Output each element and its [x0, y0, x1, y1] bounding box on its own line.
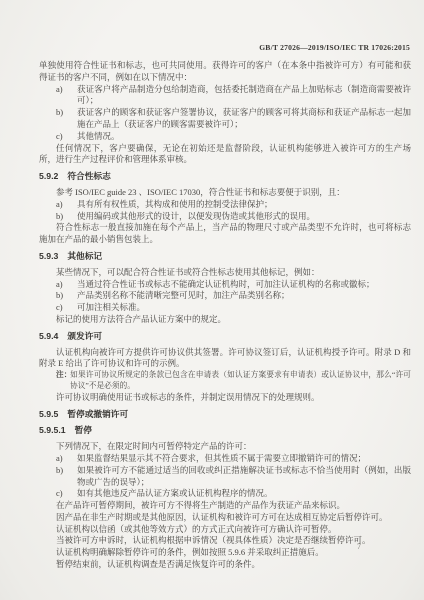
list-text: 具有所有权性质，其构成和使用的控制受法律保护；: [77, 199, 273, 209]
paragraph: 符合性标志一般直接加施在每个产品上，当产品的物理尺寸或产品类型不允许时，也可将标…: [39, 222, 411, 246]
list-item: b)产品类别名称不能清晰完整可见时，加注产品类别名称；: [56, 290, 411, 302]
list-text: 如有其他违反产品认证方案或认证机构程序的情况。: [77, 488, 273, 498]
list-text: 其他情况。: [77, 131, 120, 141]
list-item: a)如果监督结果显示其不符合要求，但其性质不属于需要立即撤销许可的情况；: [56, 453, 411, 465]
section-number: 5.9.5: [39, 409, 58, 419]
list-item: b)获证客户的顾客和获证客户签署协议，获证客户的顾客可将其商标和获证产品标志一起…: [56, 107, 411, 131]
list-text: 如果被许可方不能通过适当的回收或纠正措施解决证书或标志不恰当使用时（例如，出版物…: [77, 465, 411, 487]
list-marker: a): [56, 279, 77, 291]
section-number: 5.9.2: [39, 171, 58, 181]
paragraph: 暂停结束前，认证机构调查是否满足恢复许可的条件。: [39, 559, 411, 571]
paragraph: 当被许可方申诉时，认证机构根据申诉情况（视具体性质）决定是否继续暂停许可。: [39, 535, 411, 547]
note: 注：如果许可协议所规定的条款已包含在申请表（如认证方案要求有申请表）或认证协议中…: [56, 370, 411, 392]
section-heading-5-9-5: 5.9.5暂停或撤销许可: [39, 409, 411, 421]
list-text: 产品类别名称不能清晰完整可见时，加注产品类别名称；: [77, 290, 290, 300]
list-marker: b): [56, 465, 77, 477]
list-item: c)可加注相关标准。: [56, 302, 411, 314]
section-heading-5-9-2: 5.9.2符合性标志: [39, 171, 411, 183]
page-number: 7: [357, 542, 361, 551]
section-number: 5.9.5.1: [39, 425, 66, 435]
list-item: a)当通过符合性证书或标志不能确定认证机构时，可加注认证机构的名称或徽标；: [56, 279, 411, 291]
list-item: c)其他情况。: [56, 131, 411, 143]
section-title: 颁发许可: [67, 331, 102, 341]
list-item: a)获证客户将产品制造分包给制造商，包括委托制造商在产品上加贴标志（制造商需要被…: [56, 84, 411, 108]
section-heading-5-9-3: 5.9.3其他标记: [39, 251, 411, 263]
paragraph: 在产品许可暂停期间，被许可方不得将生产制造的产品作为获证产品来标识。: [39, 500, 411, 512]
paragraph: 认证机构以信函（或其他等效方式）的方式正式向被许可方确认许可暂停。: [39, 524, 411, 536]
section-title: 暂停或撤销许可: [67, 409, 128, 419]
document-page: GB/T 27026—2019/ISO/IEC TR 17026:2015 单独…: [0, 0, 424, 600]
list-item: b)使用编码或其他形式的设计，以便发现伪造或其他形式的误用。: [56, 211, 411, 223]
section-number: 5.9.3: [39, 251, 58, 261]
note-label: 注：: [56, 370, 70, 381]
paragraph: 许可协议明确使用证书或标志的条件，并制定误用情况下的处理规则。: [39, 392, 411, 404]
paragraph: 参考 ISO/IEC guide 23 、ISO/IEC 17030，符合性证书…: [39, 187, 411, 199]
list-marker: c): [56, 302, 77, 314]
list-marker: c): [56, 488, 77, 500]
list-marker: b): [56, 211, 77, 223]
list-item: a)具有所有权性质，其构成和使用的控制受法律保护；: [56, 199, 411, 211]
document-body: 单独使用符合性证书和标志，也可共同使用。获得许可的客户（在本条中指被许可方）有可…: [39, 60, 411, 571]
list-text: 获证客户的顾客和获证客户签署协议，获证客户的顾客可将其商标和获证产品标志一起加施…: [77, 107, 411, 129]
list-marker: b): [56, 290, 77, 302]
list-text: 如果监督结果显示其不符合要求，但其性质不属于需要立即撤销许可的情况；: [77, 453, 366, 463]
standard-number-header: GB/T 27026—2019/ISO/IEC TR 17026:2015: [259, 43, 410, 52]
list-marker: c): [56, 131, 77, 143]
list-text: 当通过符合性证书或标志不能确定认证机构时，可加注认证机构的名称或徽标；: [77, 279, 375, 289]
list-marker: a): [56, 453, 77, 465]
list-marker: b): [56, 107, 77, 119]
list-marker: a): [56, 199, 77, 211]
list-item: b)如果被许可方不能通过适当的回收或纠正措施解决证书或标志不恰当使用时（例如，出…: [56, 465, 411, 489]
section-title: 符合性标志: [67, 171, 110, 181]
paragraph: 单独使用符合性证书和标志，也可共同使用。获得许可的客户（在本条中指被许可方）有可…: [39, 60, 411, 84]
section-heading-5-9-4: 5.9.4颁发许可: [39, 331, 411, 343]
paragraph: 认证机构明确解除暂停许可的条件，例如按照 5.9.6 并采取纠正措施后。: [39, 547, 411, 559]
paragraph: 某些情况下，可以配合符合性证书或符合性标志使用其他标记，例如：: [39, 267, 411, 279]
section-heading-5-9-5-1: 5.9.5.1暂停: [39, 425, 411, 437]
list-text: 使用编码或其他形式的设计，以便发现伪造或其他形式的误用。: [77, 211, 315, 221]
list-item: c)如有其他违反产品认证方案或认证机构程序的情况。: [56, 488, 411, 500]
paragraph: 认证机构向被许可方提供许可协议供其签署。许可协议签订后，认证机构授予许可。附录 …: [39, 347, 411, 371]
section-title: 其他标记: [67, 251, 102, 261]
paragraph: 任何情况下，客户要确保，无论在初始还是监督阶段，认证机构能够进入被许可方的生产场…: [39, 143, 411, 167]
list-text: 获证客户将产品制造分包给制造商，包括委托制造商在产品上加贴标志（制造商需要被许可…: [77, 84, 411, 106]
paragraph: 因产品在非生产时期或是其他原因，认证机构和被许可方可在达成相互协定后暂停许可。: [39, 512, 411, 524]
paragraph: 下列情况下，在限定时间内可暂停特定产品的许可：: [39, 441, 411, 453]
list-text: 可加注相关标准。: [77, 302, 145, 312]
paragraph: 标记的使用方法符合产品认证方案中的规定。: [39, 314, 411, 326]
note-text: 如果许可协议所规定的条款已包含在申请表（如认证方案要求有申请表）或认证协议中，那…: [70, 370, 411, 390]
section-title: 暂停: [75, 425, 92, 435]
list-marker: a): [56, 84, 77, 96]
section-number: 5.9.4: [39, 331, 58, 341]
